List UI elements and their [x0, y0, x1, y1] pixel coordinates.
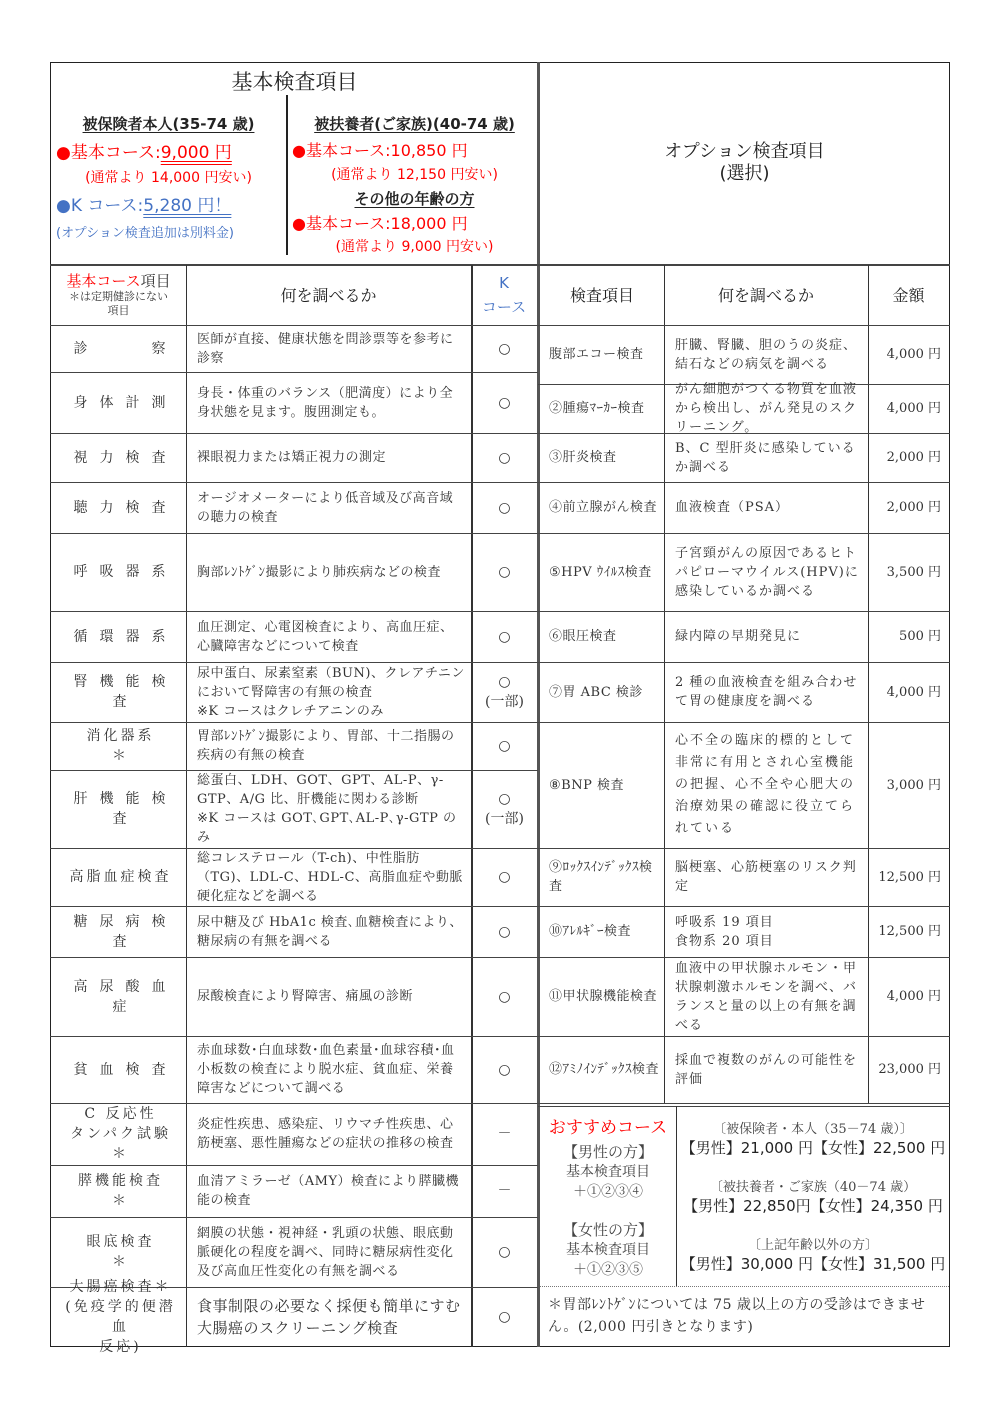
- option-description: 血液検査（PSA）: [665, 482, 868, 533]
- exam-name: 高脂血症検査: [51, 848, 186, 906]
- option-name: ③肝炎検査: [541, 433, 664, 482]
- exam-description: 裸眼視力または矯正視力の測定: [187, 433, 471, 482]
- not-included-dash-icon: －: [498, 1181, 512, 1201]
- included-circle-icon: ○: [498, 867, 510, 887]
- exam-name: 消化器系 ＊: [51, 722, 186, 770]
- recommend-title: おすすめコース: [540, 1118, 676, 1138]
- insured-k-course: ●K コース:5,280 円！: [56, 191, 281, 216]
- option-col-desc-header: 何を調べるか: [664, 265, 868, 325]
- exam-name: 循環器系: [51, 611, 186, 662]
- red-bullet-icon: ●: [56, 143, 71, 163]
- male-line1: 基本検査項目: [540, 1162, 676, 1182]
- included-circle-icon: ○: [498, 393, 510, 413]
- option-name: ⑩ｱﾚﾙｷﾞｰ検査: [541, 906, 664, 957]
- group-prices: 【男性】22,850円【女性】24,350 円: [677, 1195, 949, 1216]
- included-circle-icon: ○: [498, 922, 510, 942]
- k-course-mark: ○: [472, 325, 537, 372]
- option-price: 12,500 円: [869, 906, 949, 957]
- dependent-basic-course: ●基本コース:10,850 円: [292, 138, 537, 161]
- option-price: 12,500 円: [869, 848, 949, 906]
- option-price: 500 円: [869, 611, 949, 662]
- female-heading: 【女性の方】: [540, 1220, 676, 1240]
- k-course-mark: ○: [472, 1287, 537, 1347]
- basic-course-word: 基本コース: [66, 272, 140, 290]
- included-circle-icon: ○: [498, 562, 510, 582]
- insured-basic-saving: (通常より 14,000 円安い): [56, 167, 281, 187]
- option-price: 4,000 円: [869, 662, 949, 722]
- blue-bullet-icon: ●: [56, 196, 71, 216]
- recommend-top-rule-2: [538, 1106, 950, 1107]
- exam-description: 胃部ﾚﾝﾄｹﾞﾝ撮影により、胃部、十二指腸の疾病の有無の検査: [187, 722, 471, 770]
- exam-description: 炎症性疾患、感染症、リウマチ性疾患、心筋梗塞、悪性腫瘍などの症状の推移の検査: [187, 1103, 471, 1165]
- included-circle-icon: ○: [498, 1242, 510, 1262]
- asterisk-note-2: 項目: [108, 304, 130, 318]
- option-col-price-header: 金額: [868, 265, 949, 325]
- exam-description: 赤血球数･白血球数･血色素量･血球容積･血小板数の検査により脱水症、貧血症、栄養…: [187, 1036, 471, 1103]
- insured-basic-course: ●基本コース:9,000 円: [56, 138, 281, 163]
- basic-header: 基本検査項目 被保険者本人(35-74 歳) ●基本コース:9,000 円 (通…: [52, 63, 537, 263]
- included-circle-icon: ○: [498, 627, 510, 647]
- included-circle-icon: ○: [498, 672, 510, 692]
- option-description: 肝臓、腎臓、胆のうの炎症、結石などの病気を調べる: [665, 325, 868, 384]
- insured-block: 被保険者本人(35-74 歳) ●基本コース:9,000 円 (通常より 14,…: [56, 113, 281, 241]
- exam-description: 血清アミラーゼ（AMY）検査により膵臓機能の検査: [187, 1165, 471, 1217]
- group-label: 〔被保険者・本人（35－74 歳）〕: [677, 1118, 949, 1137]
- partial-note: (一部): [485, 692, 524, 712]
- other-age-saving: (通常より 9,000 円安い): [292, 236, 537, 256]
- group-prices: 【男性】30,000 円【女性】31,500 円: [677, 1253, 949, 1274]
- female-line1: 基本検査項目: [540, 1240, 676, 1260]
- exam-description: 胸部ﾚﾝﾄｹﾞﾝ撮影により肺疾病などの検査: [187, 533, 471, 611]
- option-name: ⑪甲状腺機能検査: [541, 957, 664, 1036]
- k-course-mark: ○: [472, 482, 537, 533]
- option-description: 採血で複数のがんの可能性を評価: [665, 1036, 868, 1103]
- included-circle-icon: ○: [498, 736, 510, 756]
- exam-description: 総コレステロール（T-ch)、中性脂肪（TG)、LDL-C、HDL-C、高脂血症…: [187, 848, 471, 906]
- k-course-price: 5,280 円！: [143, 196, 231, 216]
- insured-heading: 被保険者本人(35-74 歳): [56, 113, 281, 134]
- basic-course-label: 基本コース:: [71, 143, 161, 163]
- dependent-block: 被扶養者(ご家族)(40-74 歳) ●基本コース:10,850 円 (通常より…: [292, 113, 537, 256]
- dependent-basic-saving: (通常より 12,150 円安い): [292, 164, 537, 184]
- male-heading: 【男性の方】: [540, 1142, 676, 1162]
- option-name: ⑥眼圧検査: [541, 611, 664, 662]
- exam-name: 糖尿病検査: [51, 906, 186, 957]
- group-prices: 【男性】21,000 円【女性】22,500 円: [677, 1137, 949, 1158]
- k-header-line1: K: [499, 271, 509, 295]
- exam-name: 視力検査: [51, 433, 186, 482]
- option-description: 脳梗塞、心筋梗塞のリスク判定: [665, 848, 868, 906]
- option-header-title: オプション検査項目: [664, 141, 824, 163]
- header-divider: [286, 95, 288, 255]
- item-word: 項目: [141, 272, 171, 290]
- option-description: 2 種の血液検査を組み合わせて胃の健康度を調べる: [665, 662, 868, 722]
- option-price: 3,000 円: [869, 722, 949, 848]
- exam-description: 血圧測定、心電図検査により、高血圧症、心臓障害などについて検査: [187, 611, 471, 662]
- recommend-prices: 〔被保険者・本人（35－74 歳）〕 【男性】21,000 円【女性】22,50…: [677, 1118, 949, 1292]
- option-col-item-header: 検査項目: [540, 265, 664, 325]
- recommend-group-dependent: 〔被扶養者・ご家族（40－74 歳） 【男性】22,850円【女性】24,350…: [677, 1176, 949, 1234]
- basic-course-price: 9,000 円: [161, 143, 232, 163]
- option-description: がん細胞がつくる物質を血液から検出し、がん発見のスクリーニング。: [665, 384, 868, 433]
- k-course-mark: ○: [472, 848, 537, 906]
- k-course-mark: ○: [472, 1217, 537, 1287]
- k-course-mark: ○(一部): [472, 770, 537, 848]
- exam-description: 網膜の状態・視神経・乳頭の状態、眼底動脈硬化の程度を調べ、同時に糖尿病性変化及び…: [187, 1217, 471, 1287]
- option-price: 3,500 円: [869, 533, 949, 611]
- recommend-top-rule-1: [538, 1103, 950, 1104]
- k-header-line2: コース: [482, 295, 526, 319]
- asterisk-note: ＊は定期健診にない: [69, 290, 168, 304]
- exam-name: C 反応性 タンパク試験＊: [51, 1103, 186, 1165]
- option-price: 23,000 円: [869, 1036, 949, 1103]
- recommend-footnote: ＊胃部ﾚﾝﾄｹﾞﾝについては 75 歳以上の方の受診はできません。(2,000 …: [548, 1294, 944, 1338]
- recommend-left: おすすめコース 【男性の方】 基本検査項目 ＋①②③④ 【女性の方】 基本検査項…: [540, 1118, 676, 1280]
- exam-name: 身体計測: [51, 372, 186, 433]
- option-header: オプション検査項目 (選択): [540, 63, 949, 263]
- other-age-heading: その他の年齢の方: [292, 188, 537, 209]
- exam-name: 高尿酸血症: [51, 957, 186, 1036]
- male-line2: ＋①②③④: [540, 1182, 676, 1202]
- basic-col-item-header: 基本コース項目 ＊は定期健診にない 項目: [51, 265, 186, 325]
- exam-name: 貧血検査: [51, 1036, 186, 1103]
- option-name: ②腫瘍ﾏｰｶｰ検査: [541, 384, 664, 433]
- option-name: ⑫ｱﾐﾉｲﾝﾃﾞｯｸｽ検査: [541, 1036, 664, 1103]
- dependent-heading: 被扶養者(ご家族)(40-74 歳): [292, 113, 537, 134]
- option-name: ⑧BNP 検査: [541, 722, 664, 848]
- option-description: 血液中の甲状腺ホルモン・甲状腺刺激ホルモンを調べ、バランスと量の以上の有無を調べ…: [665, 957, 868, 1036]
- k-course-mark: ○: [472, 372, 537, 433]
- exam-name: 呼吸器系: [51, 533, 186, 611]
- k-course-mark: ○: [472, 957, 537, 1036]
- k-course-mark: ○: [472, 906, 537, 957]
- option-description: 子宮頸がんの原因であるヒトパピローマウイルス(HPV)に感染しているか調べる: [665, 533, 868, 611]
- k-course-mark: ○: [472, 611, 537, 662]
- female-line2: ＋①②③⑤: [540, 1260, 676, 1280]
- not-included-dash-icon: －: [498, 1124, 512, 1144]
- k-course-mark: －: [472, 1165, 537, 1217]
- option-name: ⑨ﾛｯｸｽｲﾝﾃﾞｯｸｽ検査: [541, 848, 664, 906]
- option-price: 4,000 円: [869, 384, 949, 433]
- partial-note: (一部): [485, 809, 524, 829]
- included-circle-icon: ○: [498, 1060, 510, 1080]
- exam-description: 尿中蛋白、尿素窒素（BUN)、クレアチニンにおいて腎障害の有無の検査 ※K コー…: [187, 662, 471, 722]
- k-course-mark: －: [472, 1103, 537, 1165]
- exam-name: 診 察: [51, 325, 186, 372]
- option-header-subtitle: (選択): [719, 163, 769, 185]
- exam-description: 総蛋白、LDH、GOT、GPT、AL-P、γ-GTP、A/G 比、肝機能に関わる…: [187, 770, 471, 848]
- included-circle-icon: ○: [498, 339, 510, 359]
- exam-name: 腎機能検査: [51, 662, 186, 722]
- option-price: 4,000 円: [869, 325, 949, 384]
- included-circle-icon: ○: [498, 1307, 510, 1327]
- basic-header-title: 基本検査項目: [52, 66, 537, 96]
- option-description: 心不全の臨床的標的として非常に有用とされ心室機能の把握、心不全や心肥大の治療効果…: [665, 722, 868, 848]
- k-course-mark: ○: [472, 433, 537, 482]
- other-age-basic-course: ●基本コース:18,000 円: [292, 211, 537, 234]
- option-name: ④前立腺がん検査: [541, 482, 664, 533]
- option-name: ⑤HPV ｳｲﾙｽ検査: [541, 533, 664, 611]
- k-course-note: (オプション検査追加は別料金): [56, 222, 281, 241]
- group-label: 〔被扶養者・ご家族（40－74 歳）: [677, 1176, 949, 1195]
- option-description: 緑内障の早期発見に: [665, 611, 868, 662]
- exam-name: 聴力検査: [51, 482, 186, 533]
- included-circle-icon: ○: [498, 987, 510, 1007]
- recommend-group-other: 〔上記年齢以外の方〕 【男性】30,000 円【女性】31,500 円: [677, 1234, 949, 1292]
- option-price: 2,000 円: [869, 433, 949, 482]
- option-description: B、C 型肝炎に感染しているか調べる: [665, 433, 868, 482]
- k-course-mark: ○: [472, 722, 537, 770]
- k-course-mark: ○: [472, 1036, 537, 1103]
- k-course-mark: ○(一部): [472, 662, 537, 722]
- recommend-group-insured: 〔被保険者・本人（35－74 歳）〕 【男性】21,000 円【女性】22,50…: [677, 1118, 949, 1176]
- exam-name: 膵機能検査 ＊: [51, 1165, 186, 1217]
- exam-name: 大腸癌検査＊ (免疫学的便潜血 反応): [51, 1287, 186, 1347]
- basic-col-desc-header: 何を調べるか: [186, 265, 471, 325]
- included-circle-icon: ○: [498, 789, 510, 809]
- exam-description: 医師が直接、健康状態を問診票等を参考に診察: [187, 325, 471, 372]
- exam-description: 身長・体重のバランス（肥満度）により全身状態を見ます。腹囲測定も。: [187, 372, 471, 433]
- k-course-label: K コース:: [71, 196, 143, 216]
- option-name: ⑦胃 ABC 検診: [541, 662, 664, 722]
- basic-col-k-header: K コース: [471, 265, 537, 325]
- exam-description: 尿酸検査により腎障害、痛風の診断: [187, 957, 471, 1036]
- option-name: 腹部エコー検査: [541, 325, 664, 384]
- option-description: 呼吸系 19 項目 食物系 20 項目: [665, 906, 868, 957]
- option-price: 4,000 円: [869, 957, 949, 1036]
- included-circle-icon: ○: [498, 498, 510, 518]
- option-price: 2,000 円: [869, 482, 949, 533]
- k-course-mark: ○: [472, 533, 537, 611]
- group-label: 〔上記年齢以外の方〕: [677, 1234, 949, 1253]
- exam-description: 食事制限の必要なく採便も簡単にすむ大腸癌のスクリーニング検査: [187, 1287, 471, 1347]
- included-circle-icon: ○: [498, 448, 510, 468]
- exam-description: 尿中糖及び HbA1c 検査､血糖検査により、糖尿病の有無を調べる: [187, 906, 471, 957]
- exam-name: 肝機能検査: [51, 770, 186, 848]
- exam-description: オージオメーターにより低音域及び高音域の聴力の検査: [187, 482, 471, 533]
